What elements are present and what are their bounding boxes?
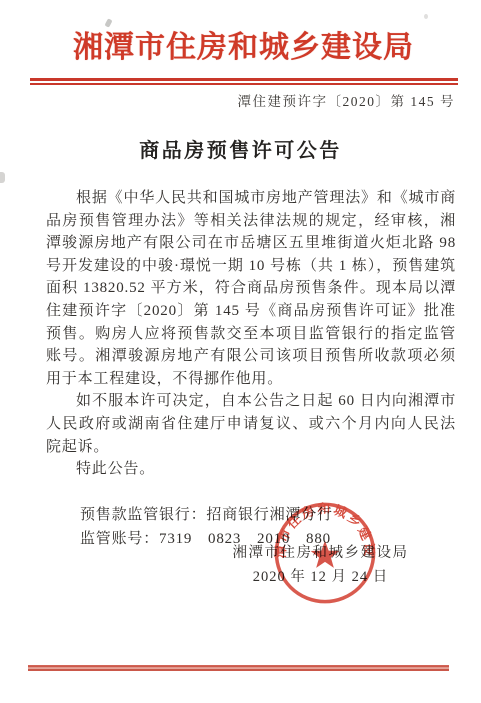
signature-org: 湘潭市住房和城乡建设局: [208, 543, 433, 563]
supervision-bank-label: 预售款监管银行：: [80, 507, 206, 523]
letterhead-divider: [30, 78, 458, 85]
supervision-bank-value: 招商银行湘潭分行: [206, 507, 332, 523]
scan-artifact: [0, 172, 5, 183]
body-text: 根据《中华人民共和国城市房地产管理法》和《城市商品房预售管理办法》等相关法律法规…: [46, 187, 456, 481]
signature-block: 湘潭市住房和城乡建设局 2020 年 12 月 24 日: [208, 543, 433, 587]
scan-artifact: [424, 14, 428, 19]
supervision-bank-line: 预售款监管银行：招商银行湘潭分行: [80, 503, 456, 528]
paragraph-appeal-rights: 如不服本许可决定，自本公告之日起 60 日内向湘潭市人民政府或湖南省住建厅申请复…: [46, 390, 456, 458]
signature-date: 2020 年 12 月 24 日: [208, 567, 433, 587]
supervision-account-label: 监管账号：: [80, 531, 159, 547]
issuer-letterhead: 湘潭市住房和城乡建设局: [30, 27, 457, 69]
paragraph-legal-basis: 根据《中华人民共和国城市房地产管理法》和《城市商品房预售管理办法》等相关法律法规…: [46, 187, 456, 390]
footer-rule: [28, 665, 449, 671]
scanned-document-page: 湘潭市住房和城乡建设局 潭住建预许字〔2020〕第 145 号 商品房预售许可公…: [0, 0, 481, 703]
document-number: 潭住建预许字〔2020〕第 145 号: [30, 93, 455, 111]
page-title: 商品房预售许可公告: [0, 138, 481, 164]
paragraph-closing: 特此公告。: [46, 458, 456, 481]
